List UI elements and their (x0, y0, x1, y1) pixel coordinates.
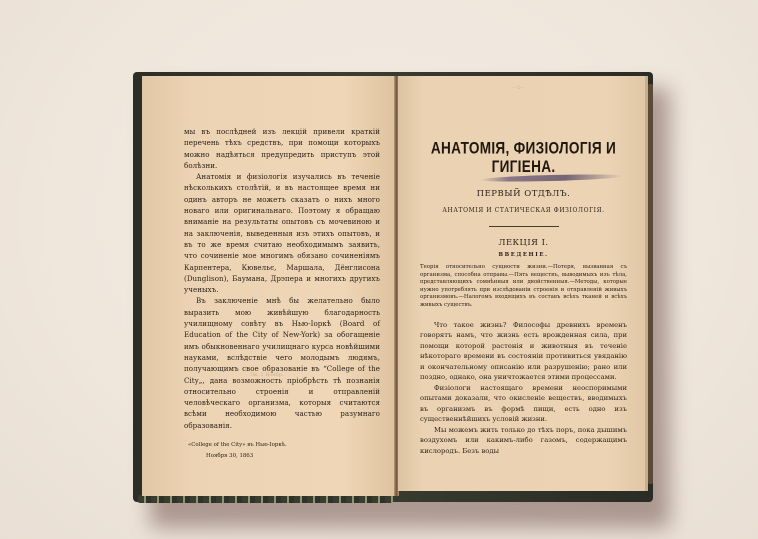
book-fore-edge (648, 84, 653, 484)
right-paragraph-2: Физіологи настоящаго времени неоспоримым… (420, 383, 627, 425)
part-heading: ПЕРВЫЙ ОТДѢЛЪ. (420, 189, 627, 199)
part-subtitle: АНАТОМІЯ И СТАТИЧЕСКАЯ ФИЗІОЛОГІЯ. (420, 207, 627, 214)
right-paragraph-3: Мы можемъ жить только до тѣхъ поръ, пока… (420, 425, 627, 457)
section-heading: ВВЕДЕНІЕ. (420, 252, 627, 258)
right-paragraph-1: Что такое жизнь? Философы древнихъ време… (420, 320, 627, 383)
left-paragraph-2: Анатомія и физіологія изучались въ течен… (184, 171, 380, 295)
marbled-cover-edge (138, 495, 393, 503)
divider-rule (489, 226, 559, 227)
left-paragraph-3: Въ заключеніе мнѣ бы желательно было выр… (184, 295, 380, 431)
bleed-through-page-mark: —2— (512, 85, 525, 91)
footnote: «College of the City» въ Нью-Іоркѣ. (188, 441, 380, 449)
left-paragraph-1: мы въ послѣдней изъ лекцій привели кратк… (184, 126, 380, 171)
right-page: АНАТОМІЯ, ФИЗІОЛОГІЯ И ГИГІЕНА. ПЕРВЫЙ О… (398, 76, 648, 491)
lecture-summary: Теорія относительно сущности жизни.—Поте… (420, 264, 627, 310)
left-page: мы въ послѣдней изъ лекцій привели кратк… (142, 76, 394, 496)
lecture-heading: ЛЕКЦІЯ I. (420, 237, 627, 247)
date-line: Ноября 30, 1863 (206, 452, 380, 460)
bleed-through-text: Лк. 1 Ноябр. (250, 372, 284, 378)
book-title: АНАТОМІЯ, ФИЗІОЛОГІЯ И ГИГІЕНА. (420, 138, 627, 176)
